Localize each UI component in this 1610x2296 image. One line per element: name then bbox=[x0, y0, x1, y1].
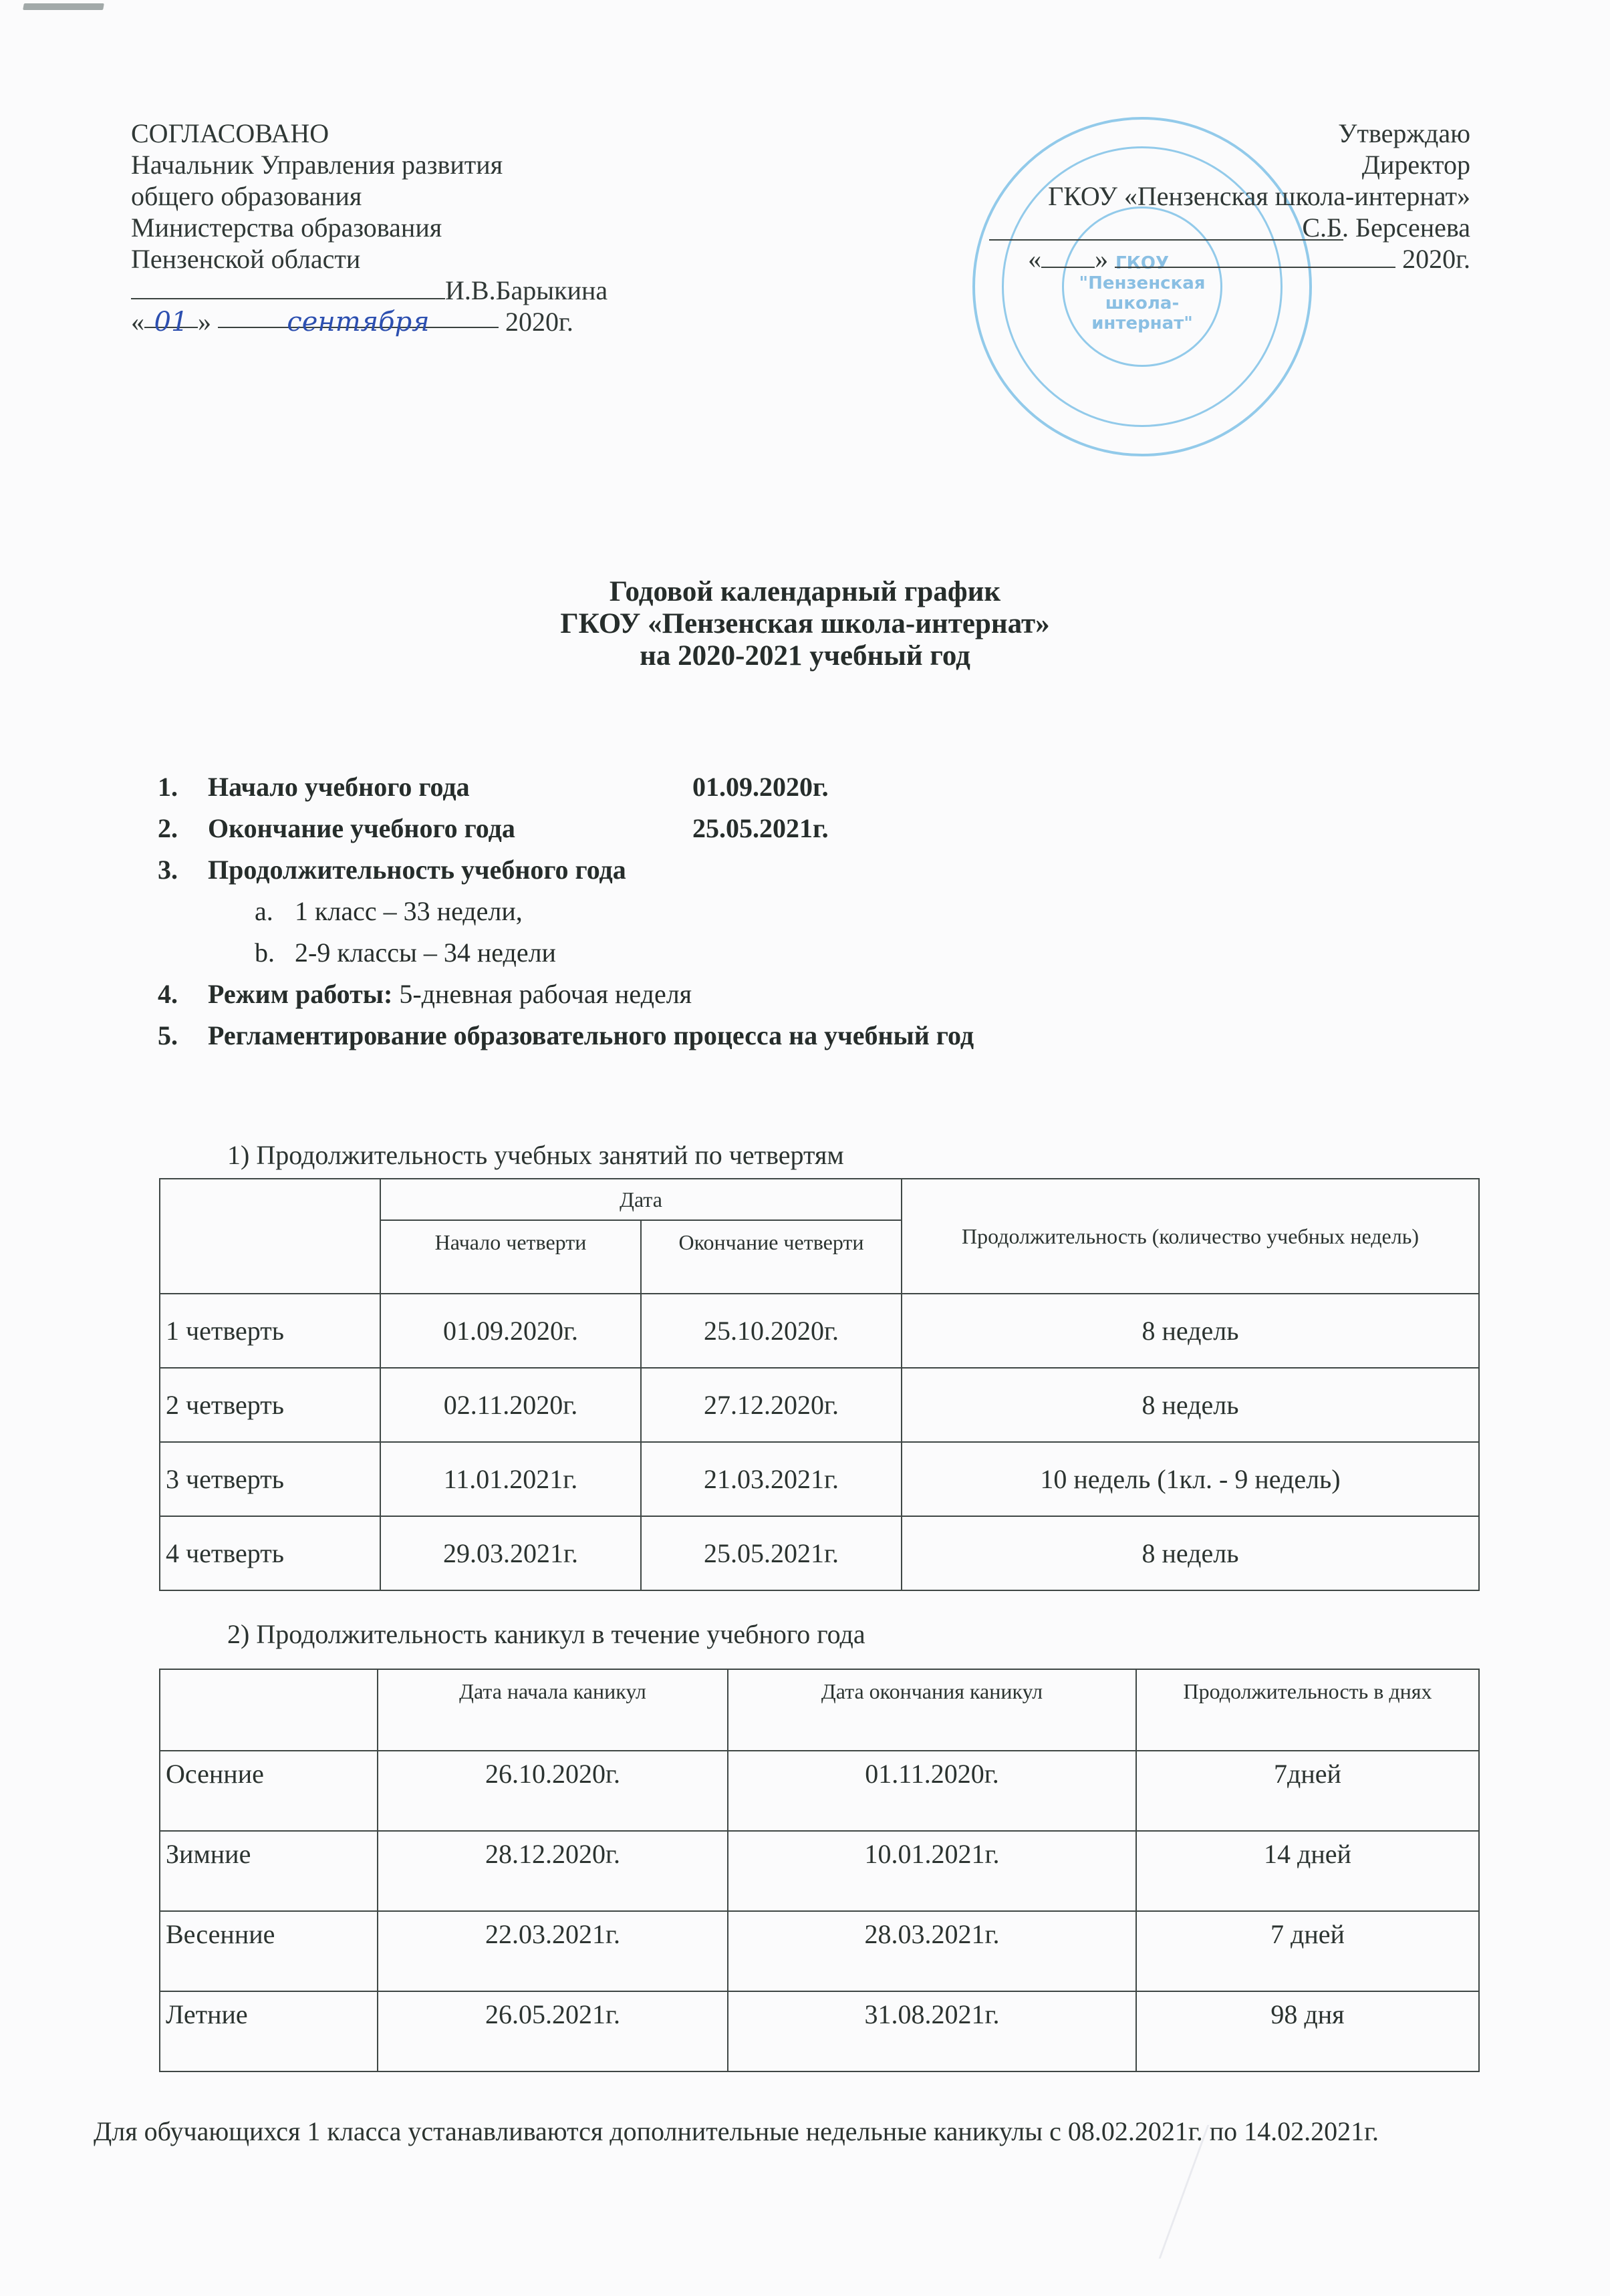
date-day-handwritten: 01 bbox=[144, 307, 198, 328]
item-label: Начало учебного года bbox=[208, 772, 470, 802]
cell-start: 22.03.2021г. bbox=[378, 1911, 728, 1991]
title-line: Годовой календарный график bbox=[0, 576, 1610, 608]
approval-approved-signature-row: С.Б. Берсенева bbox=[1028, 212, 1470, 243]
quote-close: » bbox=[1095, 244, 1108, 274]
list-item: 1.Начало учебного года01.09.2020г. bbox=[158, 766, 974, 808]
cell-end: 28.03.2021г. bbox=[728, 1911, 1136, 1991]
signature-line bbox=[131, 278, 445, 299]
item-value: 01.09.2020г. bbox=[692, 766, 829, 808]
item-label: Регламентирование образовательного проце… bbox=[208, 1020, 974, 1050]
approval-agreed-heading: СОГЛАСОВАНО bbox=[131, 118, 608, 149]
cell-holiday: Весенние bbox=[160, 1911, 378, 1991]
approval-approved-block: Утверждаю Директор ГКОУ «Пензенская школ… bbox=[1028, 118, 1470, 275]
cell-start: 29.03.2021г. bbox=[380, 1516, 641, 1590]
cell-duration: 8 недель bbox=[902, 1294, 1479, 1368]
item-number: b. bbox=[255, 932, 295, 974]
header-duration: Продолжительность в днях bbox=[1136, 1669, 1479, 1751]
item-value: 25.05.2021г. bbox=[692, 808, 829, 849]
cell-start: 28.12.2020г. bbox=[378, 1831, 728, 1911]
cell-quarter: 1 четверть bbox=[160, 1294, 380, 1368]
cell-holiday: Летние bbox=[160, 1991, 378, 2071]
list-item: 5.Регламентирование образовательного про… bbox=[158, 1015, 974, 1056]
approval-approved-heading: Утверждаю bbox=[1028, 118, 1470, 149]
cell-duration: 7дней bbox=[1136, 1751, 1479, 1831]
approval-agreed-line: Начальник Управления развития bbox=[131, 149, 608, 180]
date-year: 2020г. bbox=[1402, 244, 1470, 274]
approval-agreed-line: общего образования bbox=[131, 180, 608, 212]
approval-approved-date-row: «» 2020г. bbox=[1028, 243, 1470, 275]
approval-agreed-line: Министерства образования bbox=[131, 212, 608, 243]
item-label: Продолжительность учебного года bbox=[208, 855, 626, 885]
item-number: 4. bbox=[158, 974, 208, 1015]
stamp-line: школа- bbox=[975, 293, 1309, 313]
table-row: 2 четверть 02.11.2020г. 27.12.2020г. 8 н… bbox=[160, 1368, 1479, 1442]
item-number: 5. bbox=[158, 1015, 208, 1056]
cell-quarter: 2 четверть bbox=[160, 1368, 380, 1442]
stamp-line: "Пензенская bbox=[975, 273, 1309, 293]
quote-open: « bbox=[131, 307, 144, 337]
header-end: Дата окончания каникул bbox=[728, 1669, 1136, 1751]
table-row: 3 четверть 11.01.2021г. 21.03.2021г. 10 … bbox=[160, 1442, 1479, 1516]
header-start: Дата начала каникул bbox=[378, 1669, 728, 1751]
cell-duration: 98 дня bbox=[1136, 1991, 1479, 2071]
item-number: 2. bbox=[158, 808, 208, 849]
list-subitem: a.1 класс – 33 недели, bbox=[158, 891, 974, 932]
cell-duration: 14 дней bbox=[1136, 1831, 1479, 1911]
cell-end: 27.12.2020г. bbox=[641, 1368, 902, 1442]
cell-end: 21.03.2021г. bbox=[641, 1442, 902, 1516]
holidays-table-caption: 2) Продолжительность каникул в течение у… bbox=[227, 1618, 865, 1650]
approval-agreed-date-row: «01» сентября 2020г. bbox=[131, 306, 608, 337]
item-value: 5-дневная рабочая неделя bbox=[399, 979, 692, 1009]
item-label: 1 класс – 33 недели, bbox=[295, 896, 523, 926]
stamp-line: интернат" bbox=[975, 313, 1309, 333]
header-empty bbox=[160, 1669, 378, 1751]
table-row: Осенние 26.10.2020г. 01.11.2020г. 7дней bbox=[160, 1751, 1479, 1831]
approval-agreed-block: СОГЛАСОВАНО Начальник Управления развити… bbox=[131, 118, 608, 337]
approval-approved-line: ГКОУ «Пензенская школа-интернат» bbox=[1028, 180, 1470, 212]
quote-close: » bbox=[198, 307, 211, 337]
list-subitem: b.2-9 классы – 34 недели bbox=[158, 932, 974, 974]
cell-duration: 7 дней bbox=[1136, 1911, 1479, 1991]
cell-duration: 8 недель bbox=[902, 1516, 1479, 1590]
title-line: на 2020-2021 учебный год bbox=[0, 640, 1610, 672]
scan-artifact bbox=[23, 3, 104, 10]
cell-end: 25.05.2021г. bbox=[641, 1516, 902, 1590]
list-item: 3.Продолжительность учебного года bbox=[158, 849, 974, 891]
quarters-table: Дата Продолжительность (количество учебн… bbox=[159, 1178, 1480, 1591]
schedule-list: 1.Начало учебного года01.09.2020г. 2.Око… bbox=[158, 766, 974, 1056]
date-month-handwritten: сентября bbox=[218, 307, 499, 328]
item-number: 1. bbox=[158, 766, 208, 808]
cell-quarter: 3 четверть bbox=[160, 1442, 380, 1516]
header-end: Окончание четверти bbox=[641, 1220, 902, 1294]
item-label: Режим работы: bbox=[208, 979, 392, 1009]
document-title: Годовой календарный график ГКОУ «Пензенс… bbox=[0, 576, 1610, 672]
approval-approved-line: Директор bbox=[1028, 149, 1470, 180]
list-item: 2.Окончание учебного года25.05.2021г. bbox=[158, 808, 974, 849]
cell-start: 01.09.2020г. bbox=[380, 1294, 641, 1368]
list-item: 4.Режим работы: 5-дневная рабочая неделя bbox=[158, 974, 974, 1015]
table-row: 4 четверть 29.03.2021г. 25.05.2021г. 8 н… bbox=[160, 1516, 1479, 1590]
cell-end: 10.01.2021г. bbox=[728, 1831, 1136, 1911]
item-label: 2-9 классы – 34 недели bbox=[295, 938, 556, 968]
cell-duration: 10 недель (1кл. - 9 недель) bbox=[902, 1442, 1479, 1516]
cell-start: 26.05.2021г. bbox=[378, 1991, 728, 2071]
cell-end: 31.08.2021г. bbox=[728, 1991, 1136, 2071]
signer-name: И.В.Барыкина bbox=[445, 275, 608, 305]
cell-duration: 8 недель bbox=[902, 1368, 1479, 1442]
item-label: Окончание учебного года bbox=[208, 813, 515, 843]
table-row: Летние 26.05.2021г. 31.08.2021г. 98 дня bbox=[160, 1991, 1479, 2071]
date-day-line bbox=[1041, 247, 1095, 268]
quote-open: « bbox=[1028, 244, 1041, 274]
table-row: Зимние 28.12.2020г. 10.01.2021г. 14 дней bbox=[160, 1831, 1479, 1911]
item-number: 3. bbox=[158, 849, 208, 891]
header-date: Дата bbox=[380, 1179, 902, 1220]
cell-end: 25.10.2020г. bbox=[641, 1294, 902, 1368]
cell-start: 11.01.2021г. bbox=[380, 1442, 641, 1516]
cell-start: 02.11.2020г. bbox=[380, 1368, 641, 1442]
cell-end: 01.11.2020г. bbox=[728, 1751, 1136, 1831]
header-start: Начало четверти bbox=[380, 1220, 641, 1294]
date-year: 2020г. bbox=[505, 307, 573, 337]
header-empty bbox=[160, 1179, 380, 1294]
cell-holiday: Осенние bbox=[160, 1751, 378, 1831]
cell-quarter: 4 четверть bbox=[160, 1516, 380, 1590]
holidays-table: Дата начала каникул Дата окончания каник… bbox=[159, 1669, 1480, 2072]
quarters-table-caption: 1) Продолжительность учебных занятий по … bbox=[227, 1139, 844, 1171]
table-row: 1 четверть 01.09.2020г. 25.10.2020г. 8 н… bbox=[160, 1294, 1479, 1368]
item-number: a. bbox=[255, 891, 295, 932]
signature-line bbox=[989, 239, 1343, 241]
title-line: ГКОУ «Пензенская школа-интернат» bbox=[0, 608, 1610, 640]
date-month-line bbox=[1115, 247, 1395, 268]
cell-holiday: Зимние bbox=[160, 1831, 378, 1911]
approval-agreed-line: Пензенской области bbox=[131, 243, 608, 275]
cell-start: 26.10.2020г. bbox=[378, 1751, 728, 1831]
table-row: Весенние 22.03.2021г. 28.03.2021г. 7 дне… bbox=[160, 1911, 1479, 1991]
signer-name: С.Б. Берсенева bbox=[1302, 212, 1470, 243]
approval-agreed-signature-row: И.В.Барыкина bbox=[131, 275, 608, 306]
header-duration: Продолжительность (количество учебных не… bbox=[902, 1179, 1479, 1294]
